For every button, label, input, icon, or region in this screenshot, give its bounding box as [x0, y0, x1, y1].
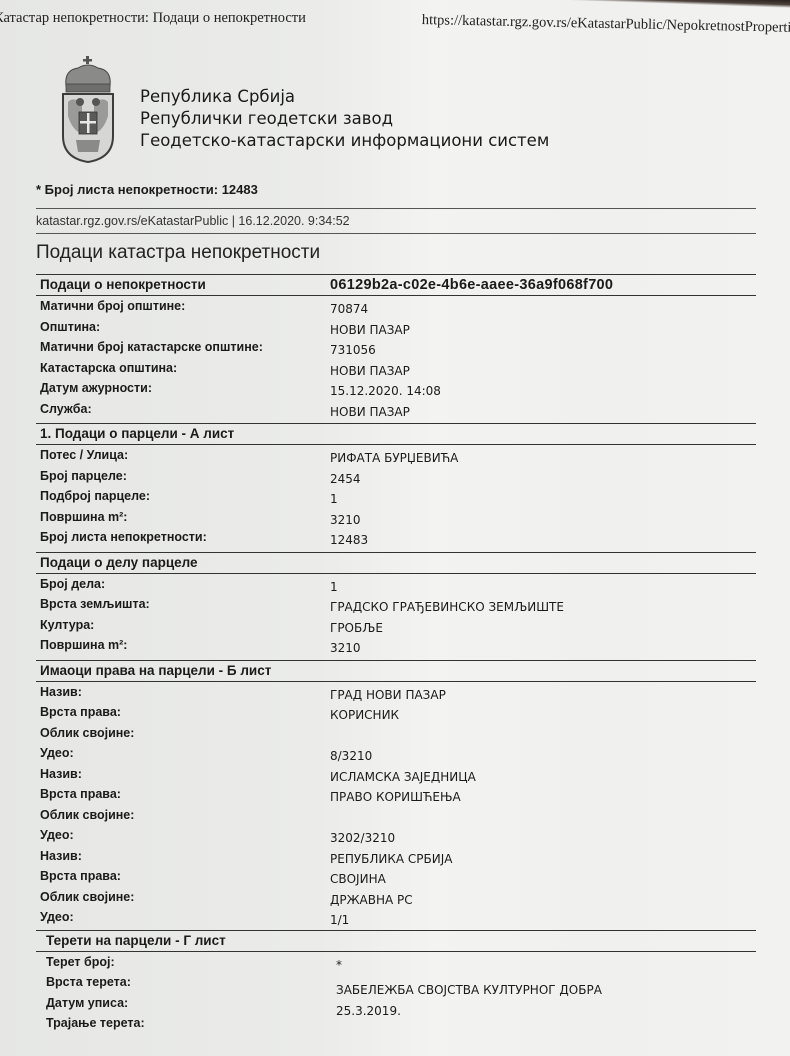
field-row: Врста терета:ЗАБЕЛЕЖБА СВОЈСТВА КУЛТУРНО…: [42, 972, 756, 993]
field-label: Удео:: [36, 907, 330, 928]
field-label: Датум уписа:: [42, 993, 336, 1014]
field-label: Врста права:: [36, 784, 330, 805]
property-id: 06129b2a-c02e-4b6e-aaee-36a9f068f700: [330, 275, 613, 295]
field-row: Врста права:КОРИСНИК: [36, 702, 756, 723]
field-label: Назив:: [36, 846, 330, 867]
divider: [36, 233, 756, 234]
field-value: РИФАТА БУРЏЕВИЋА: [330, 445, 458, 466]
field-label: Врста терета:: [42, 972, 336, 993]
cadastre-document: * Број листа непокретности: 12483 katast…: [36, 182, 756, 1034]
field-label: Подброј парцеле:: [36, 486, 330, 507]
field-label: Катастарска општина:: [36, 358, 330, 379]
field-label: Општина:: [36, 317, 330, 338]
field-row: Датум уписа:25.3.2019.: [42, 993, 756, 1014]
organization-header: Република Србија Републички геодетски за…: [60, 56, 560, 166]
field-label: Култура:: [36, 615, 330, 636]
field-row: Удео:1/1: [36, 907, 756, 928]
field-row: Матични број општине:70874: [36, 296, 756, 317]
field-label: Врста земљишта:: [36, 594, 330, 615]
coat-of-arms-icon: [60, 56, 116, 164]
field-value: 1: [330, 486, 338, 507]
field-row: Служба:НОВИ ПАЗАР: [36, 399, 756, 420]
field-row: Датум ажурности:15.12.2020. 14:08: [36, 378, 756, 399]
field-row: Број листа непокретности:12483: [36, 527, 756, 548]
section-parcel-part-rows: Број дела:1 Врста земљишта:ГРАДСКО ГРАЂЕ…: [36, 574, 756, 656]
field-value: 25.3.2019.: [336, 993, 401, 1014]
page-title: Подаци катастра непокретности: [36, 238, 756, 268]
field-row: Број парцеле:2454: [36, 466, 756, 487]
field-value: КОРИСНИК: [330, 702, 399, 723]
section-property-rows: Матични број општине:70874 Општина:НОВИ …: [36, 296, 756, 419]
field-value: 15.12.2020. 14:08: [330, 378, 441, 399]
field-value: НОВИ ПАЗАР: [330, 358, 410, 379]
field-value: ГРАД НОВИ ПАЗАР: [330, 682, 446, 703]
field-row: Облик својине:: [36, 723, 756, 744]
field-row: Врста земљишта:ГРАДСКО ГРАЂЕВИНСКО ЗЕМЉИ…: [36, 594, 756, 615]
field-row: Потес / Улица:РИФАТА БУРЏЕВИЋА: [36, 445, 756, 466]
field-row: Подброј парцеле:1: [36, 486, 756, 507]
print-page-title: Катастар непокретности: Подаци о непокре…: [0, 10, 306, 27]
field-label: Матични број катастарске општине:: [36, 337, 330, 358]
field-row: Површина m²:3210: [36, 507, 756, 528]
field-label: Удео:: [36, 743, 330, 764]
field-value: 3210: [330, 507, 361, 528]
field-value: ГРАДСКО ГРАЂЕВИНСКО ЗЕМЉИШТЕ: [330, 594, 564, 615]
field-value: ГРОБЉЕ: [330, 615, 383, 636]
field-value: ДРЖАВНА РС: [330, 887, 413, 908]
field-row: Број дела:1: [36, 574, 756, 595]
field-row: Површина m²:3210: [36, 635, 756, 656]
field-label: Врста права:: [36, 866, 330, 887]
source-timestamp: katastar.rgz.gov.rs/eKatastarPublic | 16…: [36, 209, 756, 233]
field-label: Врста права:: [36, 702, 330, 723]
field-label: Трајање терета:: [42, 1013, 336, 1034]
field-value: 8/3210: [330, 743, 372, 764]
field-label: Број парцеле:: [36, 466, 330, 487]
field-value: 3202/3210: [330, 825, 395, 846]
field-label: Облик својине:: [36, 805, 330, 826]
field-value: 12483: [330, 527, 368, 548]
org-country: Република Србија: [140, 86, 549, 108]
section-parcel-a-header: 1. Подаци о парцели - А лист: [36, 424, 756, 444]
field-label: Служба:: [36, 399, 330, 420]
field-value: 2454: [330, 466, 361, 487]
field-value: ИСЛАМСКА ЗАЈЕДНИЦА: [330, 764, 476, 785]
field-row: Општина:НОВИ ПАЗАР: [36, 317, 756, 338]
field-row: Удео:8/3210: [36, 743, 756, 764]
field-label: Потес / Улица:: [36, 445, 330, 466]
section-owners-b-header: Имаоци права на парцели - Б лист: [36, 661, 756, 681]
property-sheet-number: * Број листа непокретности: 12483: [36, 182, 756, 200]
field-value: СВОЈИНА: [330, 866, 386, 887]
section-owners-b-rows: Назив:ГРАД НОВИ ПАЗАР Врста права:КОРИСН…: [36, 682, 756, 928]
field-value: 1: [330, 574, 338, 595]
field-value: НОВИ ПАЗАР: [330, 399, 410, 420]
field-label: Број дела:: [36, 574, 330, 595]
field-label: Назив:: [36, 764, 330, 785]
field-label: Терет број:: [42, 952, 336, 973]
section-heading: Подаци о непокретности: [36, 275, 330, 295]
field-value: НОВИ ПАЗАР: [330, 317, 410, 338]
field-row: Удео:3202/3210: [36, 825, 756, 846]
section-burdens-g-rows: Терет број:* Врста терета:ЗАБЕЛЕЖБА СВОЈ…: [36, 952, 756, 1034]
field-row: Култура:ГРОБЉЕ: [36, 615, 756, 636]
section-heading: Подаци о делу парцеле: [36, 553, 330, 573]
field-row: Назив:ГРАД НОВИ ПАЗАР: [36, 682, 756, 703]
section-heading: 1. Подаци о парцели - А лист: [36, 424, 330, 444]
field-label: Површина m²:: [36, 635, 330, 656]
org-institute: Републички геодетски завод: [140, 108, 549, 130]
field-value: 70874: [330, 296, 368, 317]
field-row: Облик својине:ДРЖАВНА РС: [36, 887, 756, 908]
field-row: Облик својине:: [36, 805, 756, 826]
field-label: Облик својине:: [36, 723, 330, 744]
field-label: Назив:: [36, 682, 330, 703]
field-row: Врста права:ПРАВО КОРИШЋЕЊА: [36, 784, 756, 805]
field-label: Датум ажурности:: [36, 378, 330, 399]
print-header: Катастар непокретности: Подаци о непокре…: [0, 10, 790, 32]
section-heading: Терети на парцели - Г лист: [42, 931, 336, 951]
field-value: *: [336, 952, 342, 973]
field-label: Матични број општине:: [36, 296, 330, 317]
field-row: Терет број:*: [42, 952, 756, 973]
field-value: ПРАВО КОРИШЋЕЊА: [330, 784, 461, 805]
field-row: Катастарска општина:НОВИ ПАЗАР: [36, 358, 756, 379]
field-value: 3210: [330, 635, 361, 656]
section-parcel-part-header: Подаци о делу парцеле: [36, 553, 756, 573]
field-label: Површина m²:: [36, 507, 330, 528]
field-value: ЗАБЕЛЕЖБА СВОЈСТВА КУЛТУРНОГ ДОБРА: [336, 972, 602, 993]
field-label: Број листа непокретности:: [36, 527, 330, 548]
section-heading: Имаоци права на парцели - Б лист: [36, 661, 330, 681]
field-row: Назив:РЕПУБЛИКА СРБИЈА: [36, 846, 756, 867]
section-parcel-a-rows: Потес / Улица:РИФАТА БУРЏЕВИЋА Број парц…: [36, 445, 756, 548]
org-system: Геодетско-катастарски информациони систе…: [140, 130, 549, 152]
field-label: Удео:: [36, 825, 330, 846]
field-value: 731056: [330, 337, 376, 358]
field-row: Матични број катастарске општине:731056: [36, 337, 756, 358]
field-label: Облик својине:: [36, 887, 330, 908]
field-row: Назив:ИСЛАМСКА ЗАЈЕДНИЦА: [36, 764, 756, 785]
field-value: РЕПУБЛИКА СРБИЈА: [330, 846, 453, 867]
section-property-header: Подаци о непокретности 06129b2a-c02e-4b6…: [36, 275, 756, 295]
field-row: Врста права:СВОЈИНА: [36, 866, 756, 887]
field-value: 1/1: [330, 907, 349, 928]
section-burdens-g-header: Терети на парцели - Г лист: [36, 931, 756, 951]
